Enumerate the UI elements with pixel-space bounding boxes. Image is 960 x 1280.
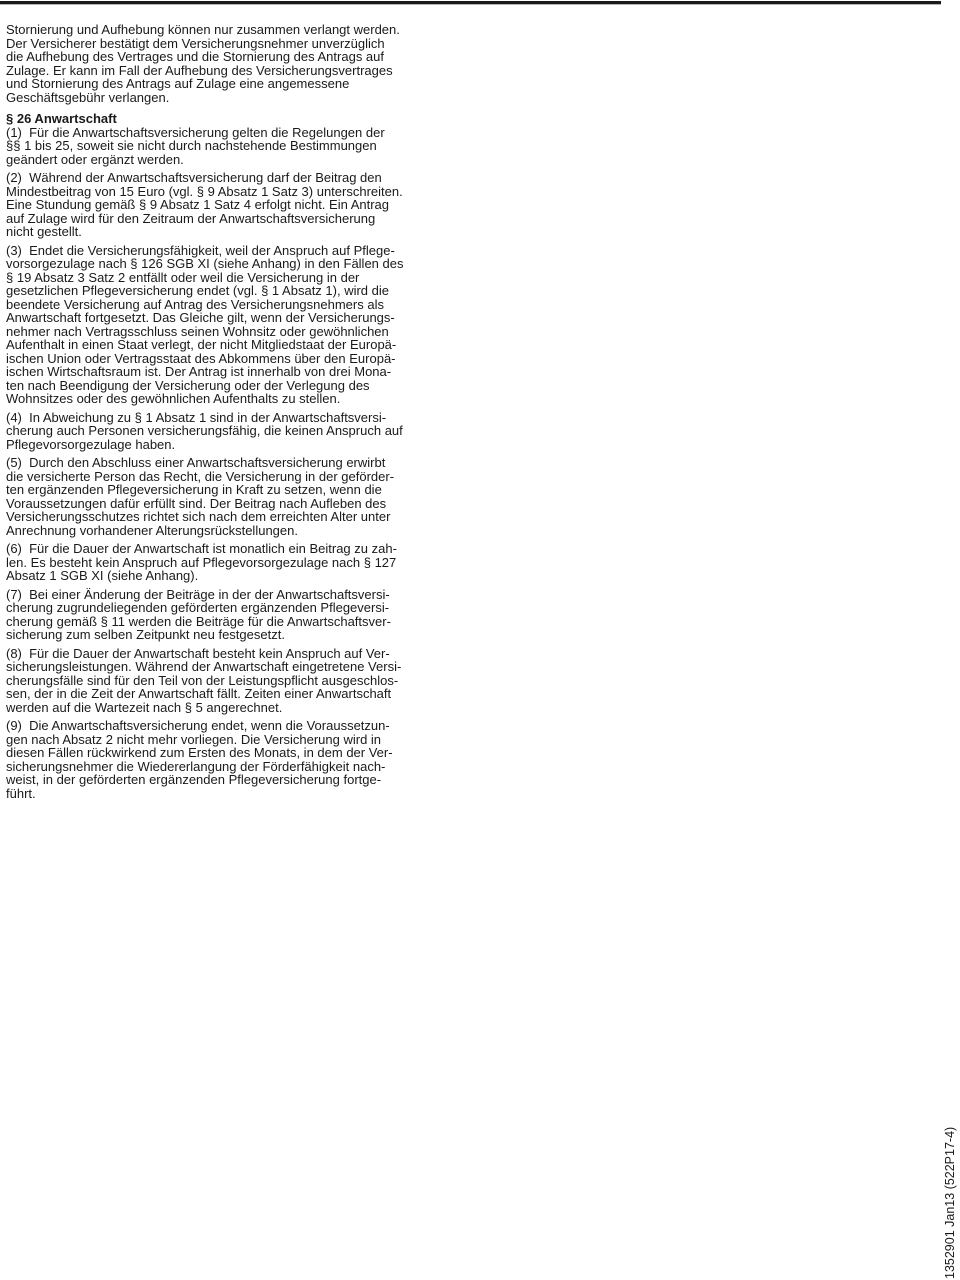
- text-line: cherung gemäß § 11 werden die Beiträge f…: [6, 615, 486, 629]
- text-line: (9) Die Anwartschaftsversicherung endet,…: [6, 719, 486, 733]
- text-line: Stornierung und Aufhebung können nur zus…: [6, 23, 486, 37]
- text-line: ischen Union oder Vertragsstaat des Abko…: [6, 352, 486, 366]
- text-line: beendete Versicherung auf Antrag des Ver…: [6, 298, 486, 312]
- paragraph: (6) Für die Dauer der Anwartschaft ist m…: [6, 542, 486, 583]
- paragraph: Stornierung und Aufhebung können nur zus…: [6, 23, 486, 104]
- text-line: ten nach Beendigung der Versicherung ode…: [6, 379, 486, 393]
- text-line: Anwartschaft fortgesetzt. Das Gleiche gi…: [6, 311, 486, 325]
- text-line: Versicherungsschutzes richtet sich nach …: [6, 510, 486, 524]
- text-line: sicherung zum selben Zeitpunkt neu festg…: [6, 628, 486, 642]
- text-line: ten ergänzenden Pflegeversicherung in Kr…: [6, 483, 486, 497]
- text-line: (3) Endet die Versicherungsfähigkeit, we…: [6, 244, 486, 258]
- text-line: § 19 Absatz 3 Satz 2 entfällt oder weil …: [6, 271, 486, 285]
- text-line: werden auf die Wartezeit nach § 5 angere…: [6, 701, 486, 715]
- text-line: (5) Durch den Abschluss einer Anwartscha…: [6, 456, 486, 470]
- text-line: sicherungsnehmer die Wiedererlangung der…: [6, 760, 486, 774]
- text-line: nicht gestellt.: [6, 225, 486, 239]
- text-line: führt.: [6, 787, 486, 801]
- text-line: (1) Für die Anwartschaftsversicherung ge…: [6, 126, 486, 140]
- text-line: diesen Fällen rückwirkend zum Ersten des…: [6, 746, 486, 760]
- text-line: (4) In Abweichung zu § 1 Absatz 1 sind i…: [6, 411, 486, 425]
- sidebar-print-code: 1352901 Jan13 (522P17-4): [942, 1123, 958, 1279]
- text-line: die Aufhebung des Vertrages und die Stor…: [6, 50, 486, 64]
- paragraph: (5) Durch den Abschluss einer Anwartscha…: [6, 456, 486, 537]
- text-line: cherung zugrundeliegenden geförderten er…: [6, 601, 486, 615]
- document-page: Stornierung und Aufhebung können nur zus…: [0, 0, 960, 1280]
- text-line: Der Versicherer bestätigt dem Versicheru…: [6, 37, 486, 51]
- text-line: gen nach Absatz 2 nicht mehr vorliegen. …: [6, 733, 486, 747]
- paragraph: (7) Bei einer Änderung der Beiträge in d…: [6, 588, 486, 642]
- text-line: sen, der in die Zeit der Anwartschaft fä…: [6, 687, 486, 701]
- text-line: vorsorgezulage nach § 126 SGB XI (siehe …: [6, 257, 486, 271]
- text-line: die versicherte Person das Recht, die Ve…: [6, 470, 486, 484]
- text-line: Voraussetzungen dafür erfüllt sind. Der …: [6, 497, 486, 511]
- text-line: Geschäftsgebühr verlangen.: [6, 91, 486, 105]
- text-line: Zulage. Er kann im Fall der Aufhebung de…: [6, 64, 486, 78]
- paragraph: (8) Für die Dauer der Anwartschaft beste…: [6, 647, 486, 715]
- text-line: Eine Stundung gemäß § 9 Absatz 1 Satz 4 …: [6, 198, 486, 212]
- text-line: ischen Wirtschaftsraum ist. Der Antrag i…: [6, 365, 486, 379]
- text-line: auf Zulage wird für den Zeitraum der Anw…: [6, 212, 486, 226]
- text-line: sicherungsleistungen. Während der Anwart…: [6, 660, 486, 674]
- text-line: Aufenthalt in einen Staat verlegt, der n…: [6, 338, 486, 352]
- text-line: Wohnsitzes oder des gewöhnlichen Aufenth…: [6, 392, 486, 406]
- text-line: weist, in der geförderten ergänzenden Pf…: [6, 773, 486, 787]
- paragraph: (3) Endet die Versicherungsfähigkeit, we…: [6, 244, 486, 406]
- text-line: geändert oder ergänzt werden.: [6, 153, 486, 167]
- section-heading: § 26 Anwartschaft: [6, 112, 486, 126]
- text-line: (6) Für die Dauer der Anwartschaft ist m…: [6, 542, 486, 556]
- text-line: cherungsfälle sind für den Teil von der …: [6, 674, 486, 688]
- text-line: (7) Bei einer Änderung der Beiträge in d…: [6, 588, 486, 602]
- text-line: (2) Während der Anwartschaftsversicherun…: [6, 171, 486, 185]
- text-line: (8) Für die Dauer der Anwartschaft beste…: [6, 647, 486, 661]
- paragraph: (1) Für die Anwartschaftsversicherung ge…: [6, 126, 486, 167]
- text-line: §§ 1 bis 25, soweit sie nicht durch nach…: [6, 139, 486, 153]
- paragraph: (4) In Abweichung zu § 1 Absatz 1 sind i…: [6, 411, 486, 452]
- text-line: cherung auch Personen versicherungsfähig…: [6, 424, 486, 438]
- text-line: Anrechnung vorhandener Alterungsrückstel…: [6, 524, 486, 538]
- text-line: Pflegevorsorgezulage haben.: [6, 438, 486, 452]
- page-top-rule: [0, 1, 941, 5]
- text-line: und Stornierung des Antrags auf Zulage e…: [6, 77, 486, 91]
- paragraph: (2) Während der Anwartschaftsversicherun…: [6, 171, 486, 239]
- paragraph: (9) Die Anwartschaftsversicherung endet,…: [6, 719, 486, 800]
- text-line: len. Es besteht kein Anspruch auf Pflege…: [6, 556, 486, 570]
- text-line: gesetzlichen Pflegeversicherung endet (v…: [6, 284, 486, 298]
- text-column: Stornierung und Aufhebung können nur zus…: [6, 23, 486, 805]
- text-line: Mindestbeitrag von 15 Euro (vgl. § 9 Abs…: [6, 185, 486, 199]
- text-line: Absatz 1 SGB XI (siehe Anhang).: [6, 569, 486, 583]
- text-line: nehmer nach Vertragsschluss seinen Wohns…: [6, 325, 486, 339]
